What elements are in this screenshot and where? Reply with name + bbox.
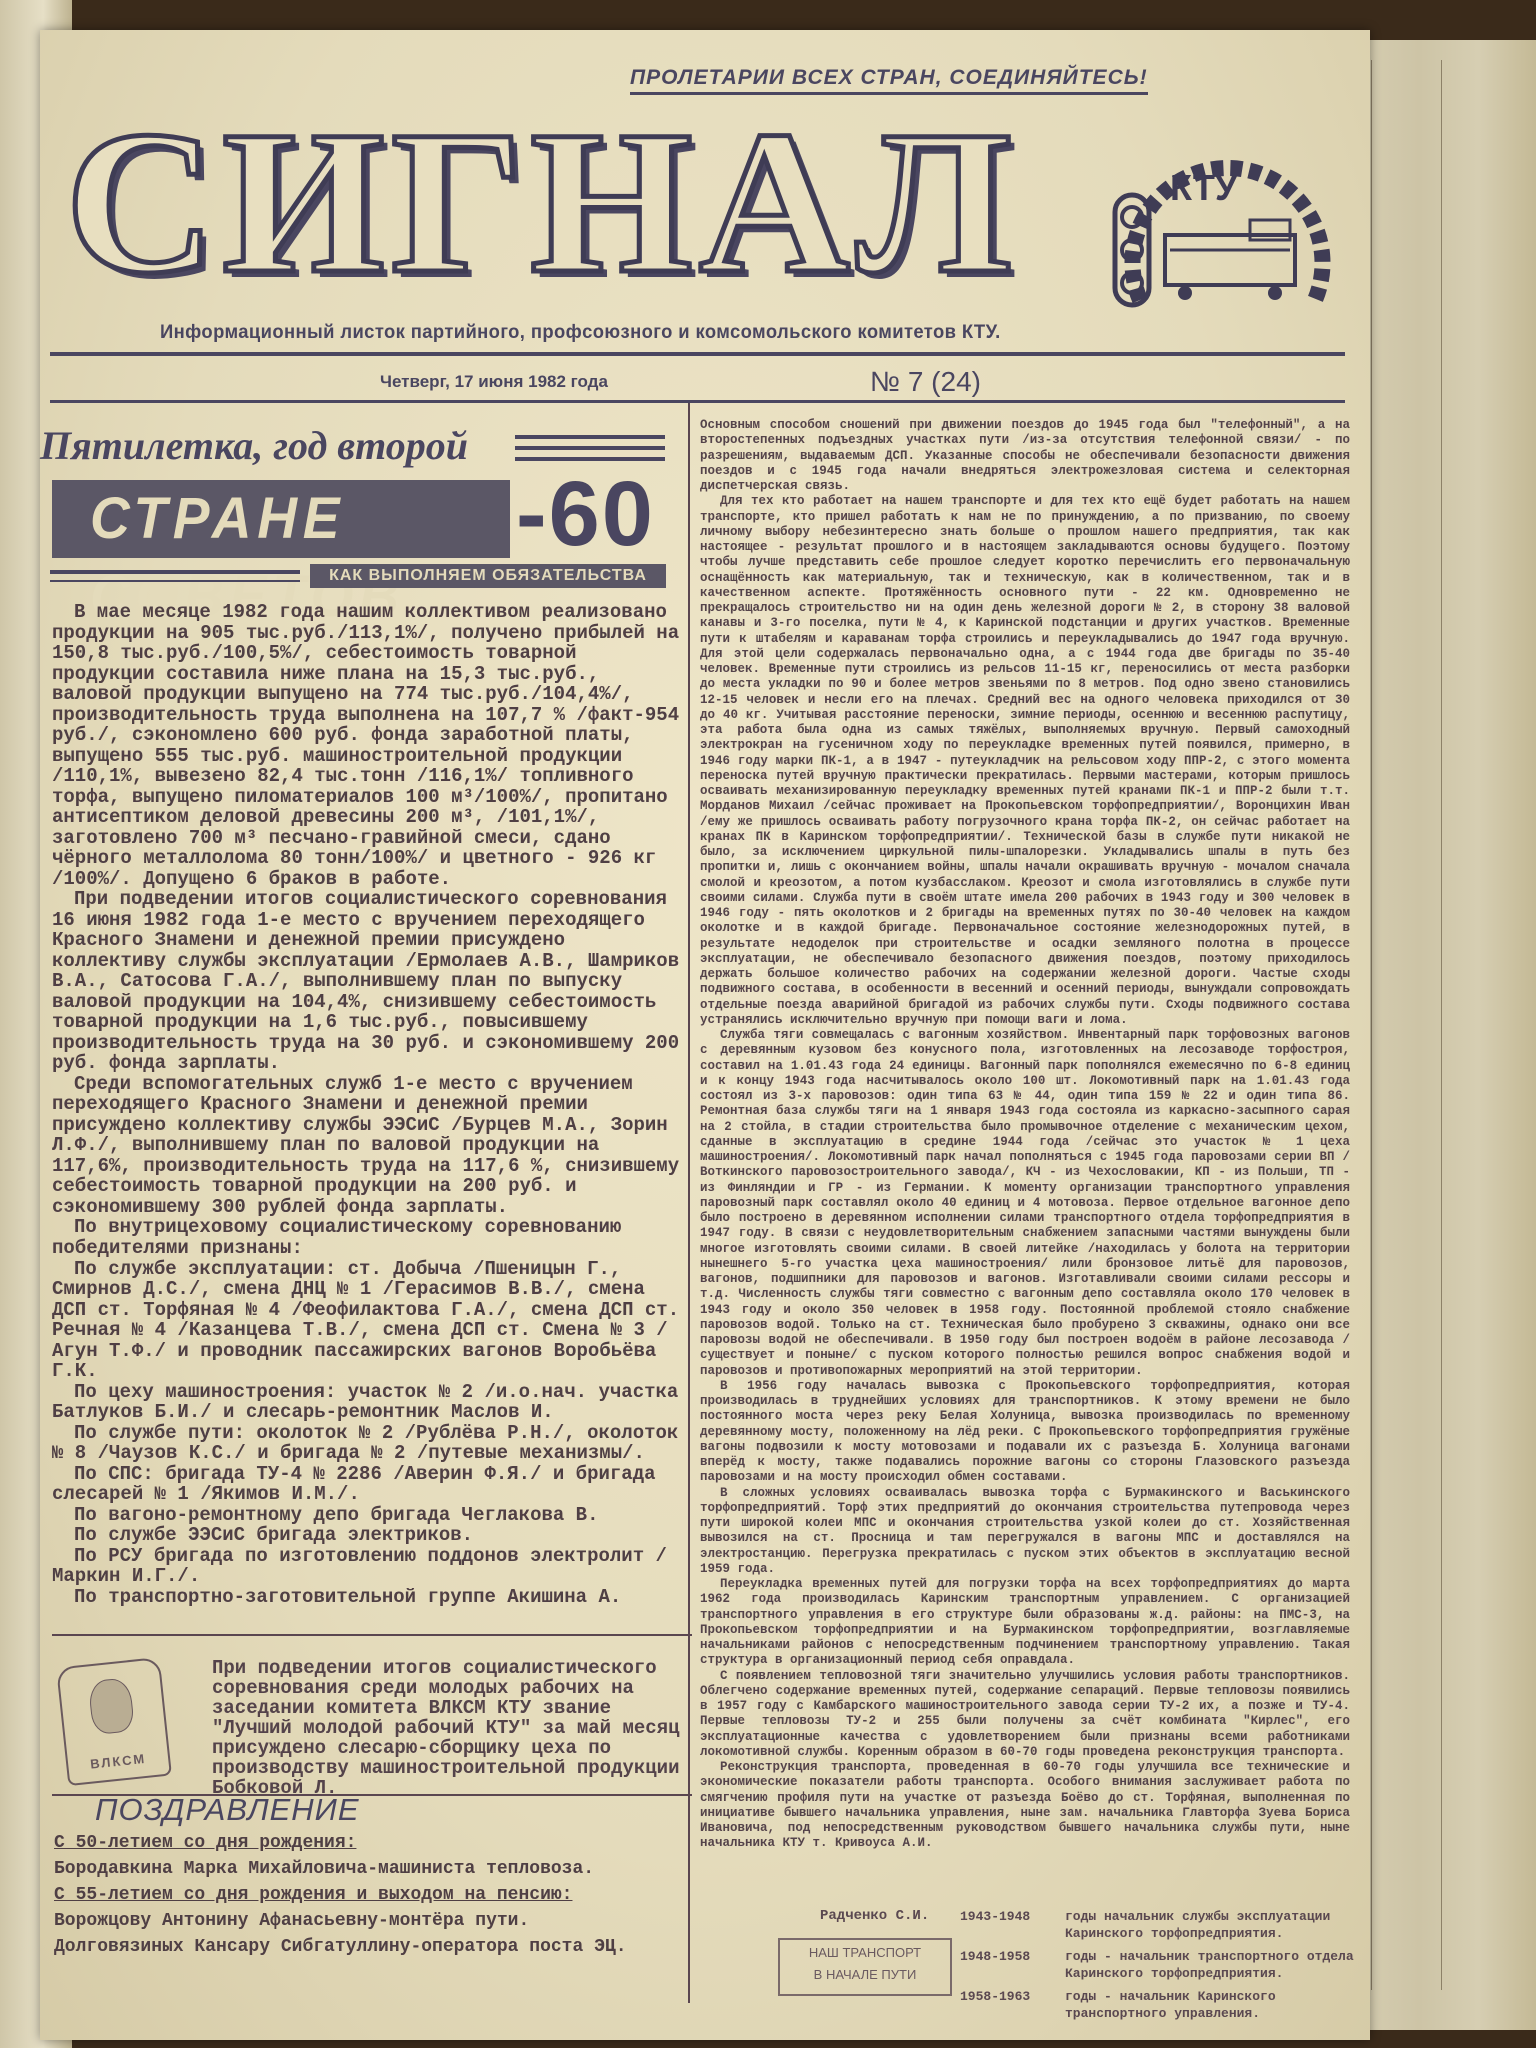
- lead-paragraph: По службе ЭЭСиС бригада электриков.: [52, 1525, 682, 1546]
- tenure-row: 1943-1948годы начальник службы эксплуата…: [960, 1908, 1380, 1942]
- lead-paragraph: По цеху машиностроения: участок № 2 /и.о…: [52, 1382, 682, 1423]
- anniversary-banner: СТРАНЕ СОВЕТОВ: [52, 480, 510, 558]
- lead-paragraph: По РСУ бригада по изготовлению поддонов …: [52, 1546, 682, 1587]
- history-paragraph: Реконструкция транспорта, проведенная в …: [700, 1760, 1350, 1852]
- congrats-line: Ворожцову Антонину Афанасьевну-монтёра п…: [54, 1908, 684, 1934]
- rubric-rule: [50, 580, 300, 582]
- anniversary-number: -60: [516, 462, 655, 567]
- tenure-role: годы - начальник Каринского транспортног…: [1065, 1988, 1380, 2022]
- header-rule: [50, 352, 1345, 356]
- lead-paragraph: Среди вспомогательных служб 1-е место с …: [52, 1074, 682, 1218]
- railway-emblem-icon: КТУ: [1110, 125, 1340, 310]
- history-paragraph: Служба тяги совмещалась с вагонным хозяй…: [700, 1028, 1350, 1379]
- lead-paragraph: При подведении итогов социалистического …: [52, 889, 682, 1074]
- komsomol-text: При подведении итогов социалистического …: [212, 1658, 682, 1798]
- lead-paragraph: По СПС: бригада ТУ-4 № 2286 /Аверин Ф.Я.…: [52, 1464, 682, 1505]
- history-paragraph: Для тех кто работает на нашем транспорте…: [700, 494, 1350, 1028]
- tenure-years: 1948-1958: [960, 1948, 1065, 1982]
- newspaper-subtitle: Информационный листок партийного, профсо…: [160, 322, 1001, 344]
- komsomol-notice: ВЛКСМ При подведении итогов социалистиче…: [52, 1634, 692, 1796]
- issue-number: № 7 (24): [870, 366, 981, 398]
- lead-paragraph: По службе пути: околоток № 2 /Рублёва Р.…: [52, 1423, 682, 1464]
- newspaper-page: ПРОЛЕТАРИИ ВСЕХ СТРАН, СОЕДИНЯЙТЕСЬ! СИГ…: [40, 30, 1370, 2040]
- history-paragraph: В 1956 году началась вывозка с Прокопьев…: [700, 1379, 1350, 1486]
- rubric-stamp: НАШ ТРАНСПОРТ В НАЧАЛЕ ПУТИ: [778, 1938, 952, 1996]
- lead-article: В мае месяце 1982 года нашим коллективом…: [52, 602, 682, 1607]
- svg-text:КТУ: КТУ: [1170, 167, 1238, 208]
- history-article: Основным способом сношений при движении …: [700, 418, 1350, 1852]
- portrait-icon: [88, 1677, 135, 1735]
- tenure-years: 1958-1963: [960, 1988, 1065, 2022]
- tenure-row: 1958-1963годы - начальник Каринского тра…: [960, 1988, 1380, 2022]
- tenure-row: 1948-1958годы - начальник транспортного …: [960, 1948, 1380, 1982]
- article-author: Радченко С.И.: [820, 1908, 929, 1924]
- header-rule-bottom: [50, 400, 1345, 403]
- lead-paragraph: В мае месяце 1982 года нашим коллективом…: [52, 602, 682, 889]
- rubric-label: КАК ВЫПОЛНЯЕМ ОБЯЗАТЕЛЬСТВА: [310, 564, 666, 588]
- congrats-heading: С 50-летием со дня рождения:: [54, 1830, 684, 1856]
- congrats-list: С 50-летием со дня рождения:Бородавкина …: [54, 1830, 684, 1960]
- history-paragraph: Основным способом сношений при движении …: [700, 418, 1350, 494]
- lead-paragraph: По службе эксплуатации: ст. Добыча /Пшен…: [52, 1259, 682, 1382]
- history-paragraph: С появлением тепловозной тяги значительн…: [700, 1669, 1350, 1761]
- congrats-heading: С 55-летием со дня рождения и выходом на…: [54, 1882, 684, 1908]
- newspaper-title: СИГНАЛ: [65, 100, 1018, 305]
- lead-paragraph: По вагоно-ремонтному депо бригада Чеглак…: [52, 1505, 682, 1526]
- issue-date: Четверг, 17 июня 1982 года: [380, 372, 608, 392]
- lead-kicker: Пятилетка, год второй: [40, 422, 468, 469]
- tenure-role: годы начальник службы эксплуатации Карин…: [1065, 1908, 1380, 1942]
- congrats-title: ПОЗДРАВЛЕНИЕ: [95, 1792, 360, 1828]
- rubric-rule: [50, 570, 300, 574]
- author-tenure: 1943-1948годы начальник службы эксплуата…: [960, 1908, 1380, 2028]
- lead-paragraph: По внутрицеховому социалистическому соре…: [52, 1217, 682, 1258]
- congrats-line: Долговязиных Кансару Сибгатуллину-операт…: [54, 1934, 684, 1960]
- tenure-role: годы - начальник транспортного отдела Ка…: [1065, 1948, 1380, 1982]
- lead-paragraph: По транспортно-заготовительной группе Ак…: [52, 1587, 682, 1608]
- history-paragraph: Переукладка временных путей для погрузки…: [700, 1577, 1350, 1669]
- congrats-line: Бородавкина Марка Михайловича-машиниста …: [54, 1856, 684, 1882]
- tenure-years: 1943-1948: [960, 1908, 1065, 1942]
- komsomol-badge-icon: ВЛКСМ: [56, 1657, 172, 1786]
- history-paragraph: В сложных условиях осваивалась вывозка т…: [700, 1486, 1350, 1578]
